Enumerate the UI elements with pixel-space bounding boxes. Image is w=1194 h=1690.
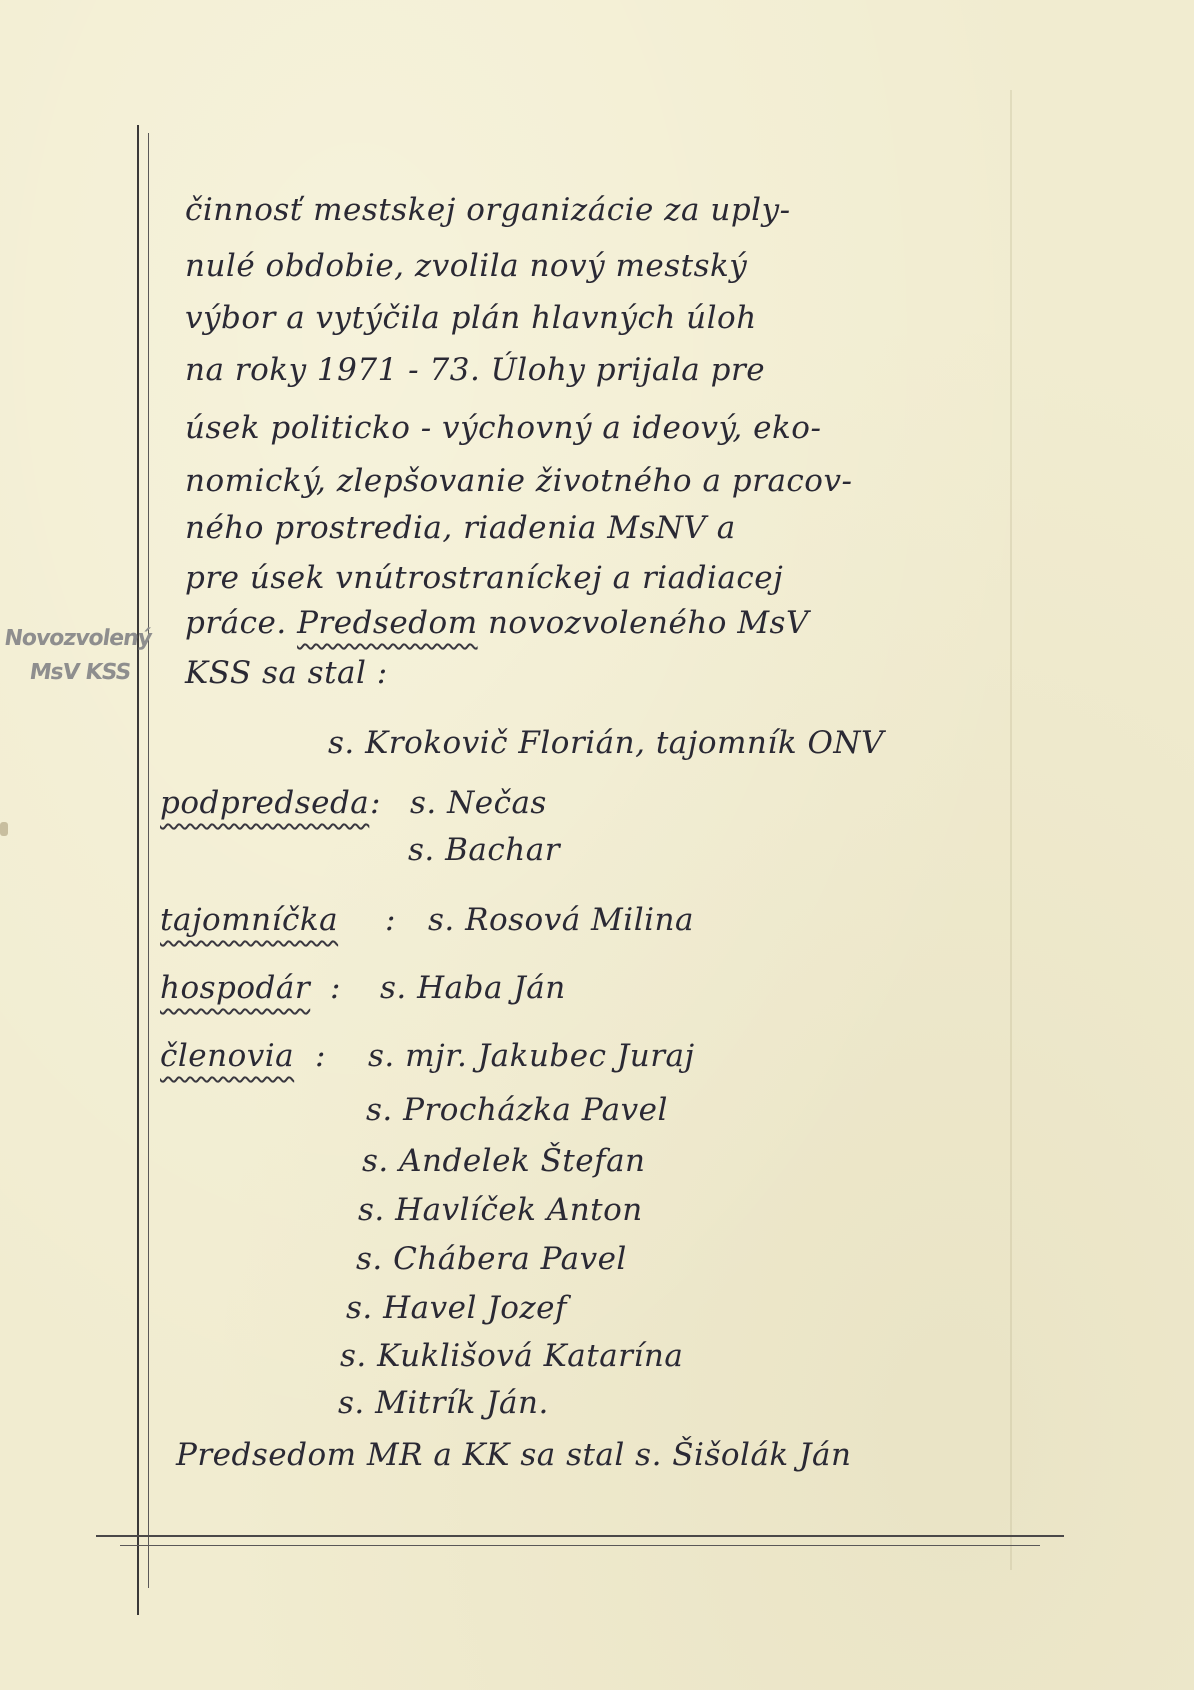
margin-note-line-2: MsV KSS [0,656,142,690]
paragraph-line: úsek politicko - výchovný a ideový, eko- [185,410,821,446]
margin-note-line-1: Novozvolený [2,622,147,656]
member-name: s. Andelek Štefan [362,1143,646,1179]
paragraph-line: nulé obdobie, zvolila nový mestský [185,248,747,284]
margin-pencil-note: Novozvolený MsV KSS [0,622,147,690]
member-name: s. Havlíček Anton [358,1192,643,1228]
role-name: s. Bachar [408,832,560,868]
member-name: s. Procházka Pavel [366,1092,668,1128]
chairman-line: s. Krokovič Florián, tajomník ONV [328,725,884,761]
member-name: s. Kuklišová Katarína [340,1338,683,1374]
ink-smudge [0,822,8,836]
role-members: členovia: [160,1038,326,1074]
member-name: s. Chábera Pavel [356,1241,627,1277]
page-crease [1010,90,1012,1570]
paragraph-line: na roky 1971 - 73. Úlohy prijala pre [185,352,765,388]
role-separator: : [330,970,341,1006]
role-name: s. Nečas [410,785,547,821]
paragraph-text: práce. [185,605,297,641]
paragraph-line: pre úsek vnútrostraníckej a riadiacej [185,560,783,596]
paragraph-line: KSS sa stal : [185,655,388,691]
member-name: s. mjr. Jakubec Juraj [368,1038,695,1074]
margin-line-outer [137,125,139,1615]
role-separator: : [315,1038,326,1074]
role-separator: : [370,785,381,821]
closing-line: Predsedom MR a KK sa stal s. Šišolák Ján [176,1437,851,1473]
paragraph-line: činnosť mestskej organizácie za uply- [185,192,791,228]
role-secretary: tajomníčka: [160,902,396,938]
paragraph-line: výbor a vytýčila plán hlavných úloh [185,300,757,336]
margin-line-inner [148,133,149,1588]
bottom-rule-lower [120,1545,1040,1546]
role-title: podpredseda [160,785,370,821]
role-vice-chair: podpredseda: [160,785,381,821]
paragraph-line: nomický, zlepšovanie životného a pracov- [185,463,852,499]
role-name: s. Haba Ján [380,970,566,1006]
bottom-rule-upper [96,1535,1064,1537]
paragraph-line-with-underline: práce. Predsedom novozvoleného MsV [185,605,809,641]
member-name: s. Havel Jozef [346,1290,567,1326]
paragraph-line: ného prostredia, riadenia MsNV a [185,510,736,546]
member-name: s. Mitrík Ján. [338,1385,549,1421]
paragraph-text: novozvoleného MsV [478,605,809,641]
document-page: Novozvolený MsV KSS činnosť mestskej org… [0,0,1194,1690]
role-title: hospodár [160,970,330,1006]
underlined-word: Predsedom [297,605,478,641]
role-title: tajomníčka [160,902,385,938]
role-name: s. Rosová Milina [428,902,694,938]
role-treasurer: hospodár: [160,970,341,1006]
role-title: členovia [160,1038,315,1074]
role-separator: : [385,902,396,938]
